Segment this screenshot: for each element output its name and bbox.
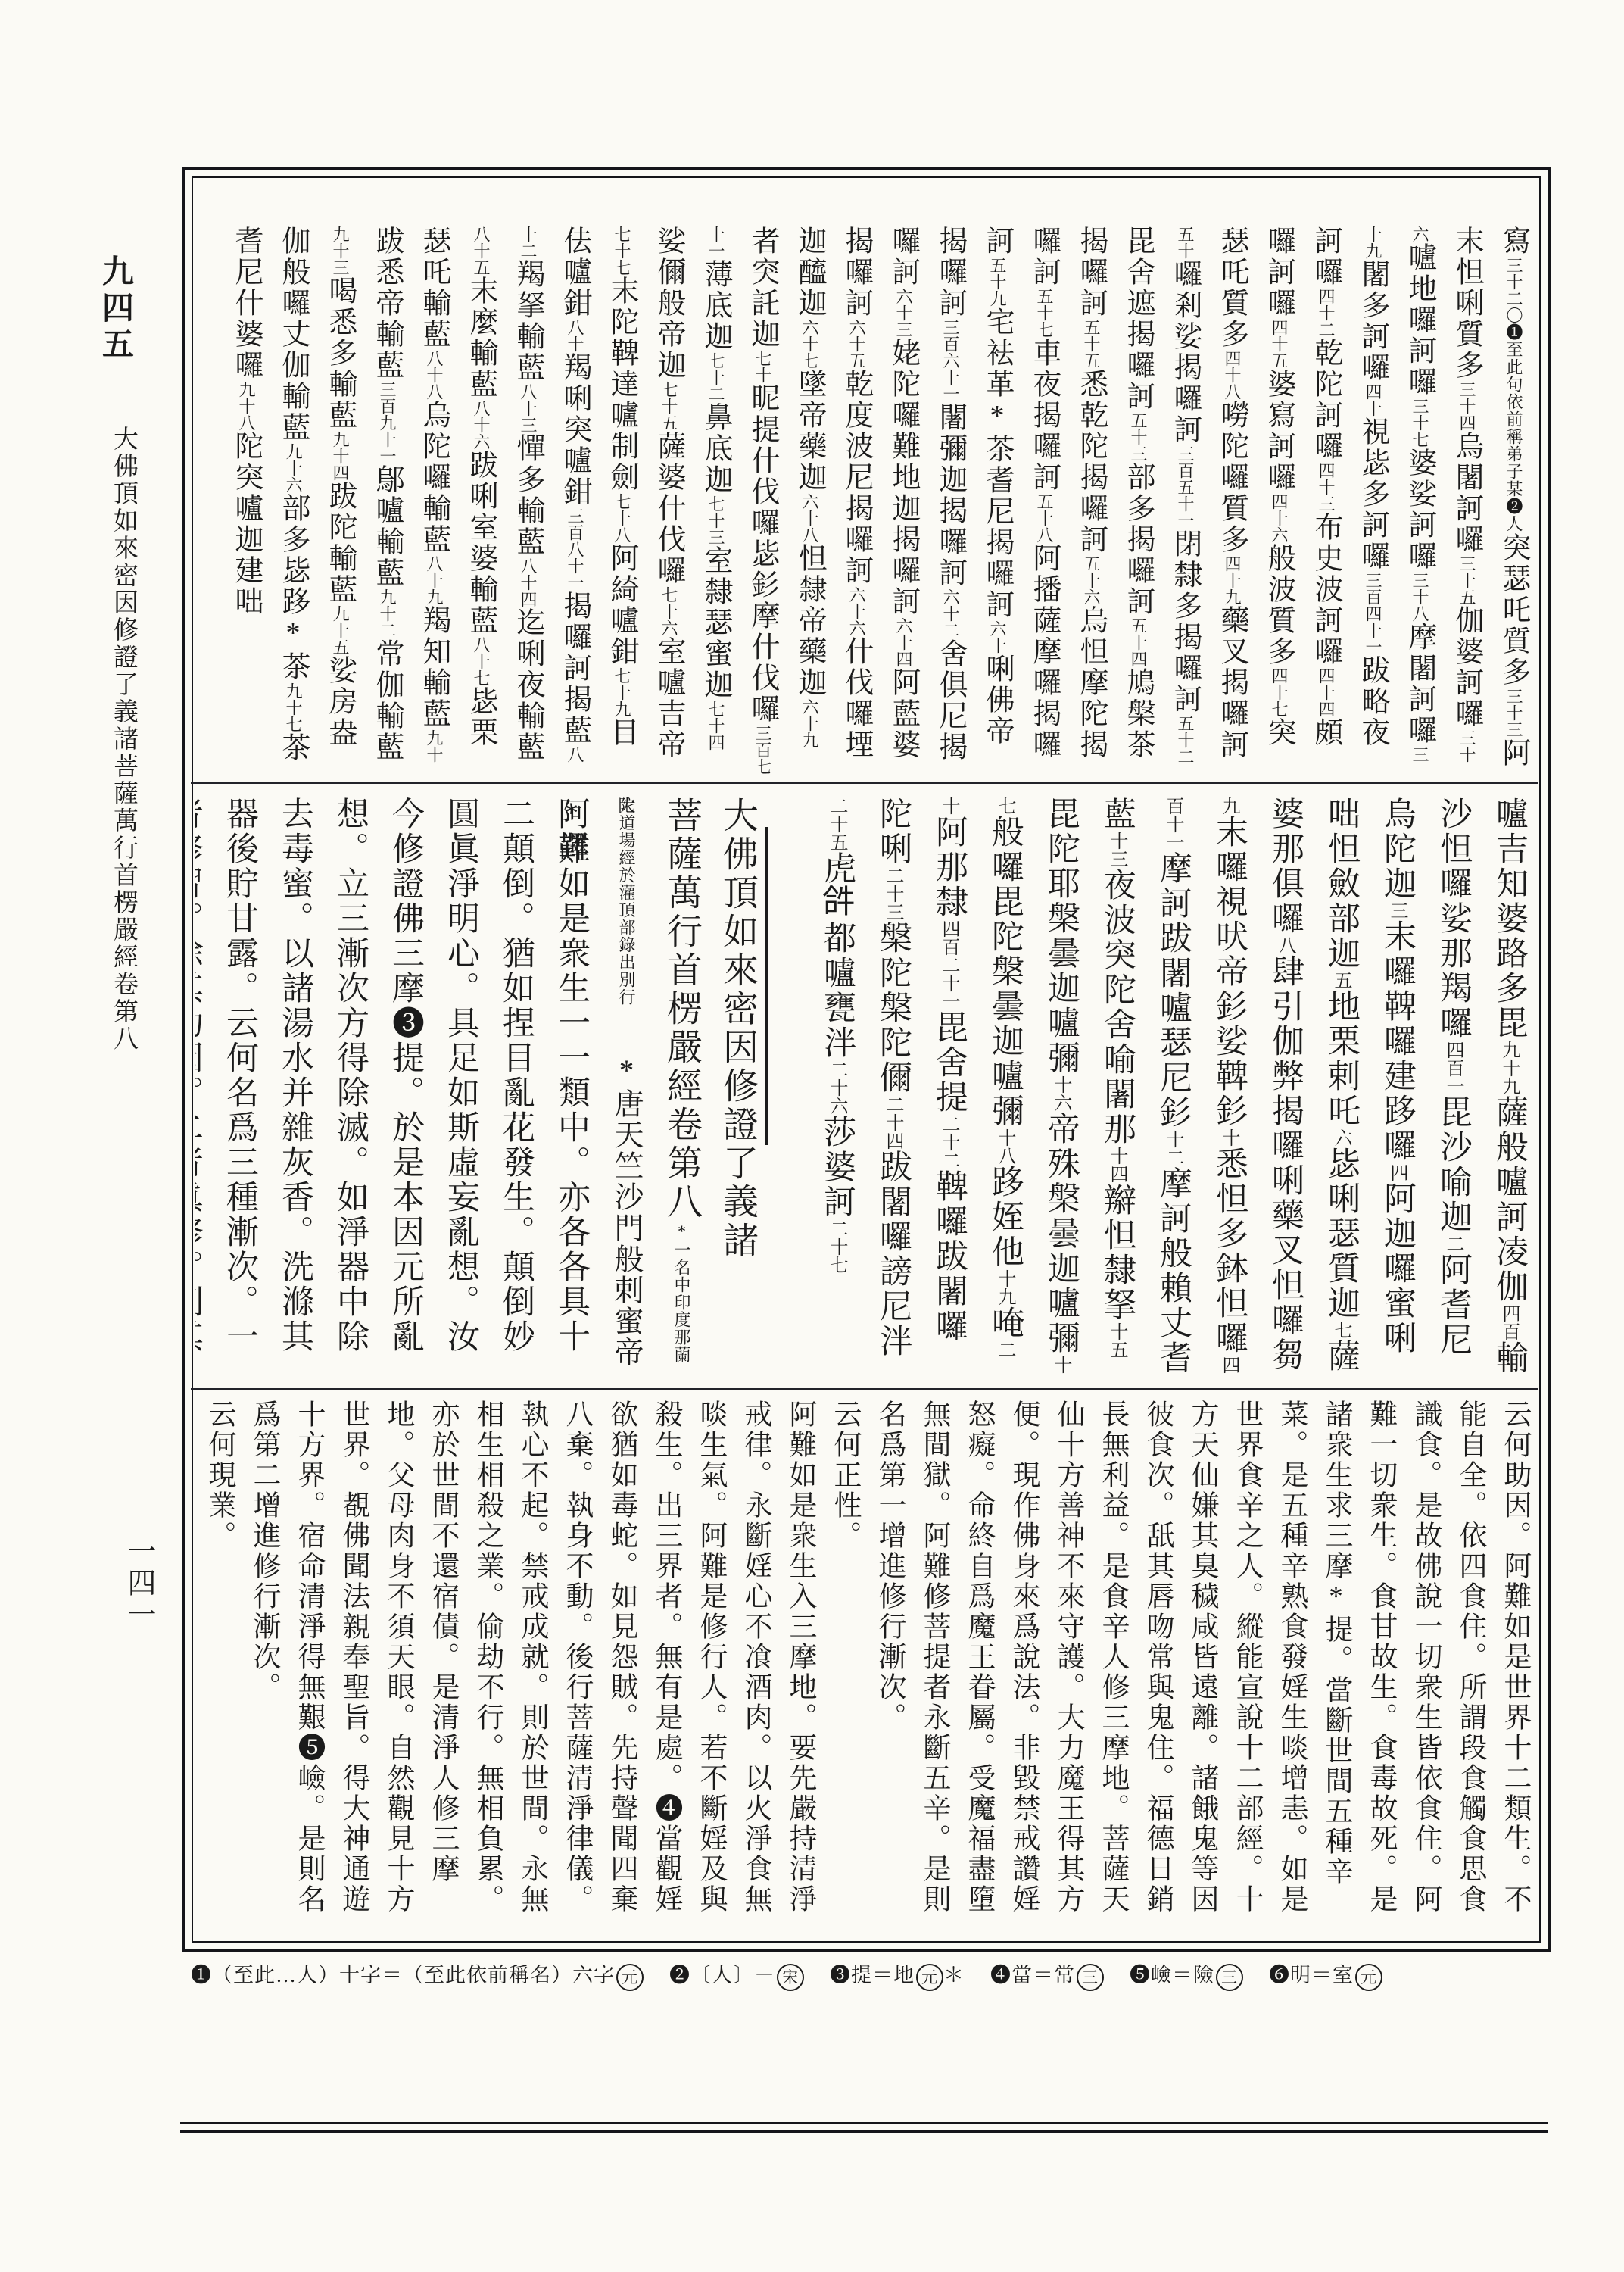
mantra-phrase: 乾陀訶囉四十三 xyxy=(1310,338,1342,512)
footnote-item: ❹當＝常三 xyxy=(990,1964,1104,1986)
prose-paragraph: 云何現業。 xyxy=(197,1400,242,1939)
mantra-phrase: 阿綺嚧鉗七十九 xyxy=(606,543,637,717)
phrase-number: 三百六十一 xyxy=(941,319,960,402)
phrase-number: 四十四 xyxy=(1317,667,1336,717)
phrase-number: 二十七 xyxy=(827,1219,846,1274)
mantra-phrase: 羯唎突嚧鉗三百八十一 xyxy=(559,352,591,591)
phrase-number: 八十 xyxy=(566,319,584,352)
mantra-phrase: 阿那隸四百二十一 xyxy=(931,815,967,1010)
phrase-number: 六十三 xyxy=(894,288,913,338)
section-divider-rule xyxy=(765,827,809,1145)
mantra-phrase: 薄底迦七十二 xyxy=(700,259,731,402)
phrase-number: 四十六 xyxy=(1270,493,1289,543)
phrase-number: 六十四 xyxy=(894,617,913,667)
mantra-phrase: 鄔嚧輸藍九十二 xyxy=(371,464,403,638)
phrase-number: 十 xyxy=(1219,1128,1239,1147)
page-number: 一四一 xyxy=(118,1536,160,1631)
phrase-number: 三十七 xyxy=(1410,398,1429,448)
mantra-phrase: 者突託迦七十 xyxy=(747,226,778,383)
mantra-phrase: 毘陀耶槃曇迦嚧彌十六 xyxy=(1043,797,1079,1112)
scanned-canon-page: { "page": { "text_number": "九四五", "page_… xyxy=(0,0,1624,2272)
witness-siglum: 元 xyxy=(916,1964,943,1991)
phrase-number: 七十六 xyxy=(659,586,678,636)
phrase-number: 六十五 xyxy=(847,319,866,369)
mantra-phrase: 娑儞般帝迦七十五 xyxy=(653,226,684,431)
mantra-phrase: 末陀鞞達嚧制劍七十八 xyxy=(606,276,637,543)
sutra-text-number: 九四五 xyxy=(92,254,138,364)
mantra-phrase: 虎𤙖都嚧甕泮二十六 xyxy=(819,851,855,1115)
mantra-phrase: 怛隸帝藥迦六十九 xyxy=(793,543,825,748)
mantra-phrase: 夜波突陀舍喻闍那十四 xyxy=(1099,868,1135,1183)
phrase-number: 十五 xyxy=(1107,1322,1127,1359)
phrase-number: 十九 xyxy=(995,1269,1015,1306)
phrase-number: 六十六 xyxy=(847,586,866,636)
mantra-phrase: 跋陀輸藍九十五 xyxy=(324,481,356,655)
mantra-phrase: 鼻底迦七十三 xyxy=(700,402,731,545)
phrase-number: 九十八 xyxy=(237,381,256,431)
mantra-phrase: 闍彌迦揭囉訶六十二 xyxy=(934,402,966,638)
phrase-number: 七十九 xyxy=(613,667,631,717)
phrase-number: 五十二 xyxy=(1176,715,1195,765)
mantra-phrase: 部多揭囉訶五十四 xyxy=(1122,462,1154,667)
mantra-phrase: 墜帝藥迦六十八 xyxy=(793,369,825,543)
phrase-number: 二十六 xyxy=(827,1060,846,1115)
phrase-number: 九十七 xyxy=(284,682,303,732)
phrase-number: 九十五 xyxy=(331,605,350,655)
mantra-phrase: 突瑟吒質多三十三 xyxy=(1498,532,1529,738)
phrase-number: 三百四十一 xyxy=(1364,572,1382,655)
phrase-number: 六十七 xyxy=(800,319,819,369)
phrase-number: 三十八 xyxy=(1410,572,1429,622)
mantra-phrase: 末囉鞞囉建跢囉四 xyxy=(1379,919,1415,1181)
mantra-phrase: 毖唎瑟質迦七 xyxy=(1323,1147,1359,1339)
phrase-number: 四百一 xyxy=(1443,1041,1463,1095)
witness-siglum: 元 xyxy=(1355,1964,1382,1991)
mantra-phrase: 視毖多訶囉三百四十一 xyxy=(1357,417,1389,655)
phrase-number: 八十六 xyxy=(472,400,491,450)
mantra-phrase: 憚多輸藍八十四 xyxy=(512,433,544,607)
phrase-number: 四百 xyxy=(1499,1304,1519,1340)
phrase-number: 三十五 xyxy=(1457,555,1476,605)
phrase-number: 八 xyxy=(1275,936,1295,954)
phrase-number: 七十七 xyxy=(613,226,631,276)
phrase-number: 七十八 xyxy=(613,493,631,543)
scroll-title-line1: 大佛頂如來密因修證了義諸 xyxy=(709,797,765,1375)
phrase-number: 四百二十一 xyxy=(939,919,959,1010)
mantra-phrase: 莎婆訶二十七 xyxy=(819,1115,855,1274)
mantra-phrase: 末麼輸藍八十六 xyxy=(465,276,497,450)
phrase-number: 十八 xyxy=(995,1128,1015,1165)
mantra-phrase: 跋唎室婆輸藍八十七 xyxy=(465,450,497,686)
phrase-number: 三百五十一 xyxy=(1176,445,1195,529)
phrase-number: 三 xyxy=(1387,901,1407,919)
footnote-item: ❸提＝地元＊ xyxy=(830,1964,965,1986)
mantra-phrase: 布史波訶囉四十四 xyxy=(1310,512,1342,717)
mantra-phrase: 陀突嚧迦建咄 xyxy=(230,431,262,617)
mantra-phrase: 婆娑訶囉三十八 xyxy=(1404,448,1435,622)
mantra-phrase: 薩婆什伐囉七十六 xyxy=(653,431,684,636)
mantra-phrase: 槃陀槃陀儞二十四 xyxy=(875,921,911,1150)
phrase-number: 三十三 xyxy=(1504,688,1523,738)
phrase-number: 九 xyxy=(1219,797,1239,815)
phrase-number: 八十八 xyxy=(425,350,444,400)
witness-siglum: 元 xyxy=(616,1964,644,1991)
footnote-item: ❶（至此…人）十字＝（至此依前稱名）六字元 xyxy=(191,1964,644,1986)
mantra-phrase: 悉乾陀揭囉訶五十六 xyxy=(1075,369,1107,605)
phrase-number: 九十三 xyxy=(331,226,350,276)
phrase-number: 五十六 xyxy=(1082,555,1101,605)
mantra-phrase: 跋悉帝輸藍三百九十一 xyxy=(371,226,403,464)
mantra-phrase: 乾度波尼揭囉訶六十六 xyxy=(840,369,872,636)
phrase-number: 十二 xyxy=(1163,1130,1183,1166)
witness-siglum: 宋 xyxy=(777,1964,804,1991)
mantra-phrase: 薩般嚧訶凌伽四百 xyxy=(1492,1095,1527,1340)
footnote-item: ❺嶮＝險三 xyxy=(1130,1964,1243,1986)
phrase-number: 五 xyxy=(1331,971,1351,989)
scroll-title-text: 菩薩萬行首楞嚴經卷第八 xyxy=(662,797,701,1222)
phrase-number: 八十三 xyxy=(519,383,538,433)
prose-paragraph: 云何正性。 xyxy=(822,1400,867,1939)
mantra-phrase: 寫三十二〇❶至此句依前稱弟子某❷人 xyxy=(1498,226,1529,532)
mantra-phrase: 烏闍訶囉三十五 xyxy=(1451,431,1482,605)
phrase-number: 六十九 xyxy=(800,698,819,748)
mantra-phrase: 跢姪他十九 xyxy=(987,1165,1023,1306)
witness-siglum: 三 xyxy=(1216,1964,1243,1991)
mantra-phrase: 地栗剌吒六 xyxy=(1323,989,1359,1147)
phrase-number: 五十七 xyxy=(1035,288,1054,338)
phrase-number: 六十 xyxy=(988,620,1007,654)
phrase-number: 七十 xyxy=(753,350,772,383)
footnote-apparatus-line: ❶（至此…人）十字＝（至此依前稱名）六字元❷〔人〕－宋❸提＝地元＊❹當＝常三❺嶮… xyxy=(191,1958,1538,1992)
phrase-number: 四十九 xyxy=(1223,555,1242,605)
phrase-number: 六十二 xyxy=(941,588,960,638)
phrase-number: 九十 xyxy=(425,729,444,763)
prose-paragraph: 阿難如是衆生入三摩地。要先嚴持清淨戒律。永斷婬心不飡酒肉。以火淨食無啖生氣。阿難… xyxy=(242,1400,822,1939)
mantra-phrase: 嘮陀囉質多四十九 xyxy=(1216,400,1248,605)
scroll-title-line2: 菩薩萬行首楞嚴經卷第八*一名中印度那蘭陀 xyxy=(654,797,709,1375)
translator-column: 大道場經於灌頂部錄出別行*唐天竺沙門般剌蜜帝*譯 xyxy=(599,797,654,1375)
phrase-number: 十四 xyxy=(1107,1147,1127,1183)
mantra-phrase: 毘舍遮揭囉訶五十三 xyxy=(1122,226,1154,462)
inline-instruction-note: ❶至此句依前稱弟子某❷人 xyxy=(1504,323,1523,532)
phrase-number: 七十四 xyxy=(706,701,725,751)
phrase-number: 七十五 xyxy=(659,381,678,431)
mantra-phrase: 毘舍提二十二 xyxy=(931,1010,967,1169)
bottom-double-rule xyxy=(180,2122,1548,2133)
phrase-number: 八十五 xyxy=(472,226,491,276)
phrase-number: 二十五 xyxy=(827,797,846,851)
phrase-number: 四十二 xyxy=(1317,288,1336,338)
mantra-phrase: 毘沙喻迦二 xyxy=(1435,1095,1471,1253)
mantra-phrase: 末囉視吠帝釤娑鞞釤十 xyxy=(1211,815,1247,1147)
phrase-number: 十三 xyxy=(1107,832,1127,868)
mantra-phrase: 般波質多四十七 xyxy=(1263,543,1295,717)
phrase-number: 九十六 xyxy=(284,443,303,493)
prose-paragraph: 云何助因。阿難如是世界十二類生。不能自全。依四食住。所謂段食觸食思食識食。是故佛… xyxy=(867,1400,1537,1939)
phrase-number: 五十八 xyxy=(1035,493,1054,543)
phrase-number: 三十四 xyxy=(1457,381,1476,431)
mantra-phrase: 部多毖跢*茶九十七 xyxy=(277,493,309,732)
phrase-number: 五十三 xyxy=(1129,412,1148,462)
mantra-phrase: 囉剎娑揭囉訶三百五十一 xyxy=(1169,259,1201,529)
phrase-number: 九十九 xyxy=(1499,1041,1519,1095)
phrase-number: 四十五 xyxy=(1270,319,1289,369)
register-divider-rule-1 xyxy=(191,782,1538,784)
title-alt-note-part2: 大道場經於灌頂部錄出別行 xyxy=(617,797,636,1006)
mantra-phrase: 摩訶跋闍嚧瑟尼釤十二 xyxy=(1155,851,1191,1166)
mantra-phrase: 羯知輸藍九十 xyxy=(418,605,450,763)
mantra-phrase: 羯拏輸藍八十三 xyxy=(512,259,544,433)
middle-dharani-flow: 嚧吉知婆路多毘九十九薩般嚧訶凌伽四百輸沙怛囉娑那羯囉四百一毘沙喻迦二阿耆尼烏陀迦… xyxy=(819,797,1527,1375)
phrase-number: 八十七 xyxy=(472,636,491,686)
fascicle8-opening-prose: 阿難如是衆生一一類中。亦各各具十二顛倒。猶如捏目亂花發生。顛倒妙圓眞淨明心。具足… xyxy=(195,797,599,1375)
prose-paragraph: 阿難如是清淨持禁戒人心無貪婬。於外六塵不多流逸。因不流逸。旋元自歸。塵既不緣。根… xyxy=(195,1400,197,1939)
mantra-phrase: 宅袪革*茶耆尼揭囉訶六十 xyxy=(981,307,1013,654)
phrase-number: 二十三 xyxy=(883,866,902,921)
phrase-number: 七 xyxy=(1331,1321,1351,1339)
register-divider-rule-2 xyxy=(191,1388,1538,1390)
phrase-number: 三十二〇 xyxy=(1504,257,1523,323)
mantra-phrase: 婆寫訶囉四十六 xyxy=(1263,369,1295,543)
mantra-phrase: 喝悉多輸藍九十四 xyxy=(324,276,356,481)
phrase-number: 四十三 xyxy=(1317,462,1336,512)
mantra-phrase: 閉隸多揭囉訶五十二 xyxy=(1169,529,1201,765)
phrase-number: 四十八 xyxy=(1223,350,1242,400)
phrase-number: 四十七 xyxy=(1270,667,1289,717)
phrase-number: 六 xyxy=(1331,1128,1351,1147)
middle-register: 嚧吉知婆路多毘九十九薩般嚧訶凌伽四百輸沙怛囉娑那羯囉四百一毘沙喻迦二阿耆尼烏陀迦… xyxy=(195,797,1537,1375)
phrase-number: 二十四 xyxy=(883,1095,902,1150)
mantra-phrase: 般囉毘陀槃曇迦嚧彌十八 xyxy=(987,815,1023,1165)
mantra-phrase: 車夜揭囉訶五十八 xyxy=(1028,338,1060,543)
phrase-number: 七十二 xyxy=(706,352,725,402)
mantra-phrase: 闍多訶囉四十 xyxy=(1357,259,1389,417)
footnote-item: ❻明＝室元 xyxy=(1269,1964,1382,1986)
phrase-number: 八十九 xyxy=(425,555,444,605)
phrase-number: 五十 xyxy=(1176,226,1195,259)
phrase-number: 三百九十一 xyxy=(378,381,397,464)
phrase-number: 五十四 xyxy=(1129,617,1148,667)
footnote-item: ❷〔人〕－宋 xyxy=(669,1964,804,1986)
phrase-number: 九十四 xyxy=(331,431,350,481)
witness-siglum: 三 xyxy=(1077,1964,1104,1991)
phrase-number: 四 xyxy=(1387,1163,1407,1181)
phrase-number: 六十八 xyxy=(800,493,819,543)
mantra-phrase: 辮怛隸拏十五 xyxy=(1099,1183,1135,1359)
phrase-number: 五十九 xyxy=(988,257,1007,307)
phrase-number: 二 xyxy=(1443,1234,1463,1253)
phrase-number: 八十四 xyxy=(519,557,538,607)
mantra-phrase: 嚧吉知婆路多毘九十九 xyxy=(1492,797,1527,1095)
mantra-phrase: 室隸瑟蜜迦七十四 xyxy=(700,545,731,751)
phrase-number: 二十二 xyxy=(939,1115,959,1169)
phrase-number: 四十 xyxy=(1364,383,1382,417)
phrase-number: 十六 xyxy=(1051,1075,1071,1112)
top-register-dharani: 寫三十二〇❶至此句依前稱弟子某❷人突瑟吒質多三十三阿末怛唎質多三十四烏闍訶囉三十… xyxy=(195,226,1537,776)
phrase-number: 七十三 xyxy=(706,495,725,545)
mantra-phrase: 姥陀囉難地迦揭囉訶六十四 xyxy=(887,338,919,667)
phrase-number: 九十二 xyxy=(378,588,397,638)
running-title: 大佛頂如來密因修證了義諸菩薩萬行首楞嚴經卷第八 xyxy=(106,426,142,1183)
phrase-number: 五十五 xyxy=(1082,319,1101,369)
bottom-register-prose: 云何助因。阿難如是世界十二類生。不能自全。依四食住。所謂段食觸食思食識食。是故佛… xyxy=(195,1400,1537,1939)
phrase-number: 三百八十一 xyxy=(566,507,584,591)
mantra-phrase: 烏陀囉輸藍八十九 xyxy=(418,400,450,605)
mantra-phrase: 嚧地囉訶囉三十七 xyxy=(1404,242,1435,448)
